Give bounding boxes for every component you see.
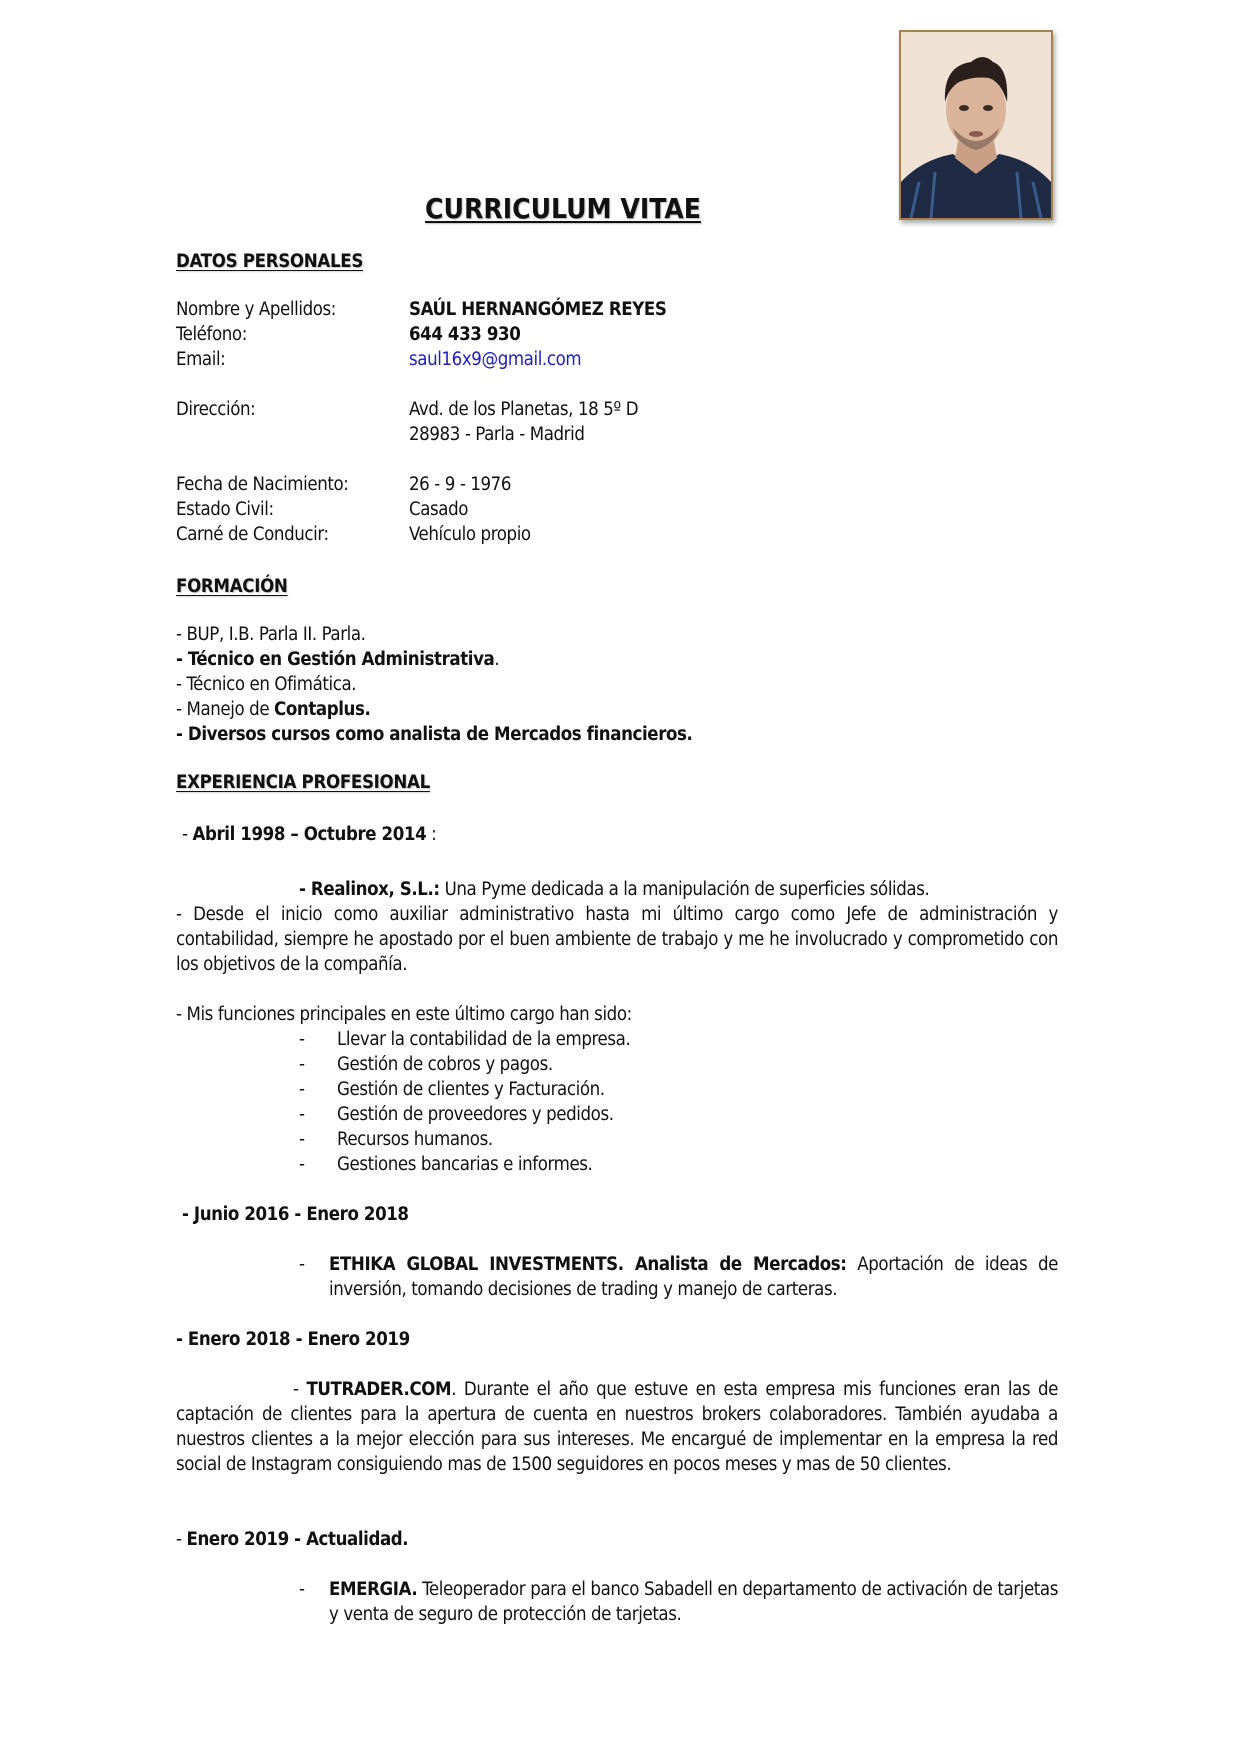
formacion-item: - Técnico en Gestión Administrativa. xyxy=(176,647,499,672)
value-nombre: SAÚL HERNANGÓMEZ REYES xyxy=(409,297,666,322)
list-item: Recursos humanos. xyxy=(337,1127,493,1152)
email-link[interactable]: saul16x9@gmail.com xyxy=(409,347,581,372)
job-period: - Enero 2018 - Enero 2019 xyxy=(176,1327,410,1352)
profile-photo xyxy=(899,30,1053,220)
job-description: - Desde el inicio como auxiliar administ… xyxy=(176,902,1058,977)
list-item: Gestión de cobros y pagos. xyxy=(337,1052,553,1077)
value-carne: Vehículo propio xyxy=(409,522,531,547)
section-heading-datos-personales: DATOS PERSONALES xyxy=(176,251,363,272)
job-company: EMERGIA. Teleoperador para el banco Saba… xyxy=(329,1577,1058,1627)
formacion-item: - Diversos cursos como analista de Merca… xyxy=(176,722,692,747)
value-direccion-line1: Avd. de los Planetas, 18 5º D xyxy=(409,397,638,422)
person-portrait-icon xyxy=(901,32,1051,218)
label-telefono: Teléfono: xyxy=(176,322,247,347)
formacion-item: - Técnico en Ofimática. xyxy=(176,672,356,697)
job-functions-intro: - Mis funciones principales en este últi… xyxy=(176,1002,632,1027)
job-period: - Abril 1998 – Octubre 2014 : xyxy=(182,822,436,847)
formacion-item: - Manejo de Contaplus. xyxy=(176,697,370,722)
list-item: Llevar la contabilidad de la empresa. xyxy=(337,1027,630,1052)
label-direccion: Dirección: xyxy=(176,397,255,422)
list-item: Gestión de clientes y Facturación. xyxy=(337,1077,605,1102)
section-heading-formacion: FORMACIÓN xyxy=(176,576,288,597)
list-item: Gestiones bancarias e informes. xyxy=(337,1152,592,1177)
label-nombre: Nombre y Apellidos: xyxy=(176,297,336,322)
label-estado-civil: Estado Civil: xyxy=(176,497,274,522)
label-fecha-nacimiento: Fecha de Nacimiento: xyxy=(176,472,348,497)
job-company: - TUTRADER.COM. Durante el año que estuv… xyxy=(176,1377,1058,1477)
job-period: - Enero 2019 - Actualidad. xyxy=(176,1527,408,1552)
page-title: CURRICULUM VITAE xyxy=(425,192,701,225)
label-email: Email: xyxy=(176,347,225,372)
value-telefono: 644 433 930 xyxy=(409,322,520,347)
job-company: ETHIKA GLOBAL INVESTMENTS. Analista de M… xyxy=(329,1252,1058,1302)
job-period: - Junio 2016 - Enero 2018 xyxy=(182,1202,409,1227)
value-estado-civil: Casado xyxy=(409,497,468,522)
section-heading-experiencia: EXPERIENCIA PROFESIONAL xyxy=(176,772,430,793)
value-direccion-line2: 28983 - Parla - Madrid xyxy=(409,422,585,447)
cv-page: CURRICULUM VITAE DATOS PERSONALES Nombre… xyxy=(0,0,1239,1754)
formacion-item: - BUP, I.B. Parla II. Parla. xyxy=(176,622,366,647)
value-fecha-nacimiento: 26 - 9 - 1976 xyxy=(409,472,511,497)
job-company: - Realinox, S.L.: Una Pyme dedicada a la… xyxy=(299,877,929,902)
list-item: Gestión de proveedores y pedidos. xyxy=(337,1102,614,1127)
label-carne: Carné de Conducir: xyxy=(176,522,329,547)
